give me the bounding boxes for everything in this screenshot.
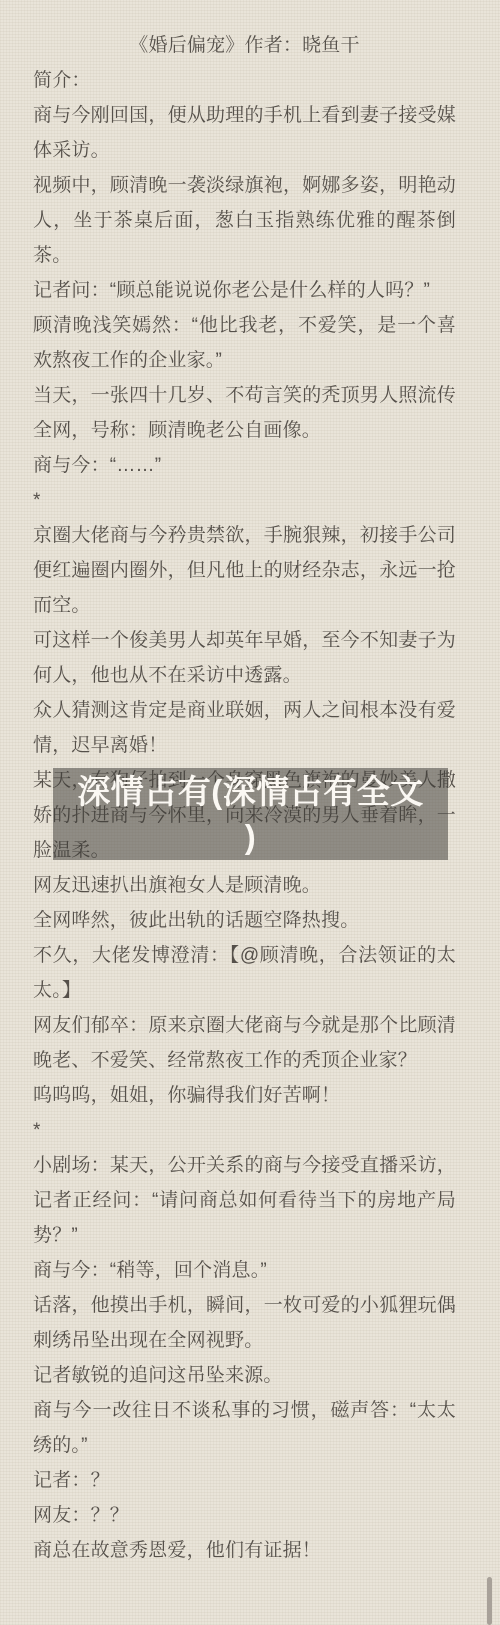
paragraph: 商与今刚回国，便从助理的手机上看到妻子接受媒体采访。: [33, 98, 456, 168]
paragraph: 简介：: [33, 63, 456, 98]
scrollbar-thumb[interactable]: [487, 1577, 492, 1625]
paragraph: 话落，他摸出手机，瞬间，一枚可爱的小狐狸玩偶刺绣吊坠出现在全网视野。: [33, 1288, 456, 1358]
paragraph: 顾清晚浅笑嫣然：“他比我老，不爱笑，是一个喜欢熬夜工作的企业家。”: [33, 308, 456, 378]
paragraph: 网友们郁卒：原来京圈大佬商与今就是那个比顾清晚老、不爱笑、经常熬夜工作的秃顶企业…: [33, 1008, 456, 1078]
novel-intro-page: { "page": { "title": "《婚后偏宠》作者：晓鱼干", "pa…: [0, 0, 500, 1625]
paragraph: 商与今一改往日不谈私事的习惯，磁声答：“太太绣的。”: [33, 1393, 456, 1463]
paragraph: 视频中，顾清晚一袭淡绿旗袍，婀娜多姿，明艳动人，坐于茶桌后面，葱白玉指熟练优雅的…: [33, 168, 456, 273]
paragraph: 商与今：“稍等，回个消息。”: [33, 1253, 456, 1288]
paragraph: 众人猜测这肯定是商业联姻，两人之间根本没有爱情，迟早离婚！: [33, 693, 456, 763]
watermark-overlay: 深情占有(深情占有全文): [53, 768, 448, 860]
page-title: 《婚后偏宠》作者：晓鱼干: [33, 28, 456, 63]
paragraph: 商与今：“……”: [33, 448, 456, 483]
paragraph: 不久，大佬发博澄清：【@顾清晚，合法领证的太太。】: [33, 938, 456, 1008]
paragraph: 小剧场：某天，公开关系的商与今接受直播采访，记者正经问：“请问商总如何看待当下的…: [33, 1148, 456, 1253]
watermark-text-line: 深情占有(深情占有全文: [77, 769, 424, 814]
paragraph: 呜呜呜，姐姐，你骗得我们好苦啊！: [33, 1078, 456, 1113]
paragraph: 记者问：“顾总能说说你老公是什么样的人吗？”: [33, 273, 456, 308]
paragraph: 记者：？: [33, 1463, 456, 1498]
paragraph: 全网哗然，彼此出轨的话题空降热搜。: [33, 903, 456, 938]
paragraph: 可这样一个俊美男人却英年早婚，至今不知妻子为何人，他也从不在采访中透露。: [33, 623, 456, 693]
paragraph: 记者敏锐的追问这吊坠来源。: [33, 1358, 456, 1393]
paragraph: 当天，一张四十几岁、不苟言笑的秃顶男人照流传全网，号称：顾清晚老公自画像。: [33, 378, 456, 448]
paragraph: 京圈大佬商与今矜贵禁欲，手腕狠辣，初接手公司便红遍圈内圈外，但凡他上的财经杂志，…: [33, 518, 456, 623]
paragraph: 网友：？？: [33, 1498, 456, 1533]
paragraph: *: [33, 483, 456, 518]
paragraph: 商总在故意秀恩爱，他们有证据！: [33, 1533, 456, 1568]
paragraph: *: [33, 1113, 456, 1148]
paragraph: 网友迅速扒出旗袍女人是顾清晚。: [33, 868, 456, 903]
watermark-text-line: ): [245, 814, 257, 859]
